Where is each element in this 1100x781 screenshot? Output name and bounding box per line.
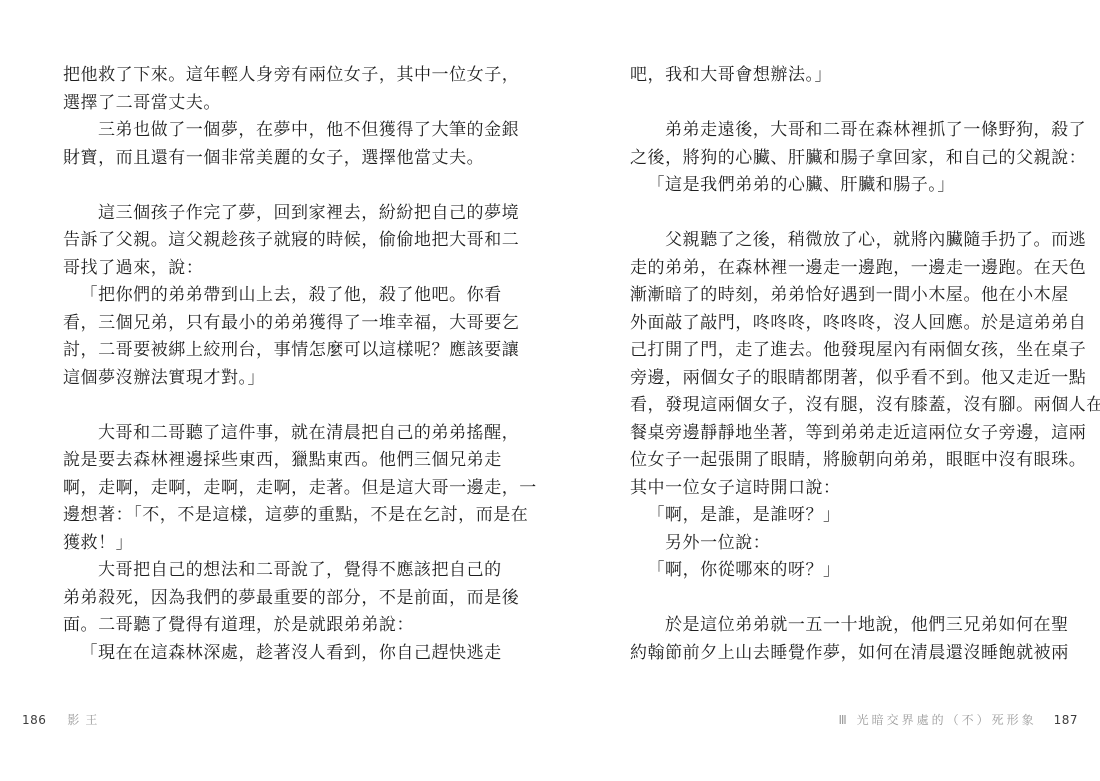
text-line: 選擇了二哥當丈夫。: [63, 90, 525, 118]
text-line: 說是要去森林裡邊採些東西，獵點東西。他們三個兄弟走: [63, 447, 525, 475]
text-line: 「現在在這森林深處，趁著沒人看到，你自己趕快逃走: [63, 640, 525, 668]
running-title-left: 影王: [67, 711, 103, 729]
text-line: 弟弟走遠後，大哥和二哥在森林裡抓了一條野狗，殺了: [630, 117, 1058, 145]
text-line: 「啊，你從哪來的呀？」: [630, 557, 1058, 585]
text-line: 獲救！」: [63, 530, 525, 558]
text-line: [63, 392, 525, 420]
text-line: 大哥和二哥聽了這件事，就在清晨把自己的弟弟搖醒，: [63, 420, 525, 448]
text-line: 哥找了過來，說：: [63, 255, 525, 283]
text-line: [63, 172, 525, 200]
left-page-footer: 186 影王: [22, 711, 103, 729]
text-line: 另外一位說：: [630, 530, 1058, 558]
text-line: 啊，走啊，走啊，走啊，走啊，走著。但是這大哥一邊走，一: [63, 475, 525, 503]
text-line: 餐桌旁邊靜靜地坐著，等到弟弟走近這兩位女子旁邊，這兩: [630, 420, 1058, 448]
right-page-text-column: 吧，我和大哥會想辦法。」弟弟走遠後，大哥和二哥在森林裡抓了一條野狗，殺了之後，將…: [630, 62, 1058, 667]
text-line: [630, 585, 1058, 613]
text-line: 大哥把自己的想法和二哥說了，覺得不應該把自己的: [63, 557, 525, 585]
text-line: 這三個孩子作完了夢，回到家裡去，紛紛把自己的夢境: [63, 200, 525, 228]
text-line: 這個夢沒辦法實現才對。」: [63, 365, 525, 393]
text-line: 之後，將狗的心臟、肝臟和腸子拿回家，和自己的父親說：: [630, 145, 1058, 173]
text-line: 面。二哥聽了覺得有道理，於是就跟弟弟說：: [63, 612, 525, 640]
text-line: 父親聽了之後，稍微放了心，就將內臟隨手扔了。而逃: [630, 227, 1058, 255]
left-page-text-column: 把他救了下來。這年輕人身旁有兩位女子，其中一位女子，選擇了二哥當丈夫。三弟也做了…: [63, 62, 525, 667]
text-line: 財寶，而且還有一個非常美麗的女子，選擇他當丈夫。: [63, 145, 525, 173]
book-spread: 把他救了下來。這年輕人身旁有兩位女子，其中一位女子，選擇了二哥當丈夫。三弟也做了…: [0, 0, 1100, 781]
text-line: 外面敲了敲門，咚咚咚，咚咚咚，沒人回應。於是這弟弟自: [630, 310, 1058, 338]
text-line: 把他救了下來。這年輕人身旁有兩位女子，其中一位女子，: [63, 62, 525, 90]
right-page-footer: Ⅲ 光暗交界處的（不）死形象 187: [630, 711, 1078, 729]
text-line: 「把你們的弟弟帶到山上去，殺了他，殺了他吧。你看: [63, 282, 525, 310]
text-line: 約翰節前夕上山去睡覺作夢，如何在清晨還沒睡飽就被兩: [630, 640, 1058, 668]
text-line: 吧，我和大哥會想辦法。」: [630, 62, 1058, 90]
text-line: 其中一位女子這時開口說：: [630, 475, 1058, 503]
text-line: [630, 90, 1058, 118]
text-line: 旁邊，兩個女子的眼睛都閉著，似乎看不到。他又走近一點: [630, 365, 1058, 393]
running-title-right: Ⅲ 光暗交界處的（不）死形象: [839, 711, 1037, 729]
text-line: 己打開了門，走了進去。他發現屋內有兩個女孩，坐在桌子: [630, 337, 1058, 365]
text-line: 位女子一起張開了眼睛，將臉朝向弟弟，眼眶中沒有眼珠。: [630, 447, 1058, 475]
page-number-right: 187: [1054, 711, 1078, 729]
page-number-left: 186: [22, 711, 46, 729]
text-line: 看，發現這兩個女子，沒有腿，沒有膝蓋，沒有腳。兩個人在: [630, 392, 1058, 420]
text-line: 弟弟殺死，因為我們的夢最重要的部分，不是前面，而是後: [63, 585, 525, 613]
text-line: 漸漸暗了的時刻，弟弟恰好遇到一間小木屋。他在小木屋: [630, 282, 1058, 310]
text-line: 「這是我們弟弟的心臟、肝臟和腸子。」: [630, 172, 1058, 200]
text-line: 於是這位弟弟就一五一十地說，他們三兄弟如何在聖: [630, 612, 1058, 640]
text-line: 告訴了父親。這父親趁孩子就寢的時候，偷偷地把大哥和二: [63, 227, 525, 255]
text-line: 「啊，是誰，是誰呀？」: [630, 502, 1058, 530]
text-line: 看，三個兄弟，只有最小的弟弟獲得了一堆幸福，大哥要乞: [63, 310, 525, 338]
text-line: 走的弟弟，在森林裡一邊走一邊跑，一邊走一邊跑。在天色: [630, 255, 1058, 283]
text-line: 邊想著：「不，不是這樣，這夢的重點，不是在乞討，而是在: [63, 502, 525, 530]
text-line: 三弟也做了一個夢，在夢中，他不但獲得了大筆的金銀: [63, 117, 525, 145]
text-line: 討，二哥要被綁上絞刑台，事情怎麼可以這樣呢？應該要讓: [63, 337, 525, 365]
text-line: [630, 200, 1058, 228]
